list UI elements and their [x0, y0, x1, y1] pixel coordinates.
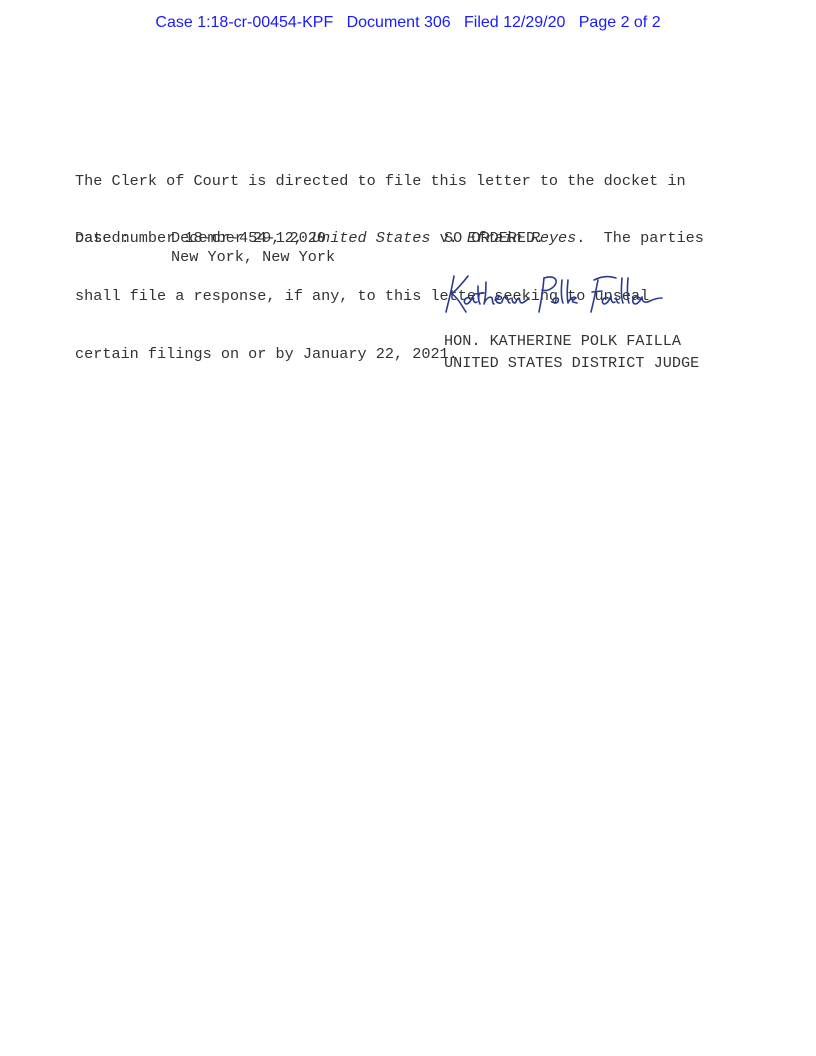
judge-signature: [440, 268, 670, 318]
judge-name: HON. KATHERINE POLK FAILLA: [444, 330, 699, 352]
case-number: Case 1:18-cr-00454-KPF: [155, 14, 333, 31]
page-indicator: Page 2 of 2: [579, 14, 661, 31]
filed-date: Filed 12/29/20: [464, 14, 565, 31]
dated-date: December 29, 2020: [171, 229, 335, 248]
so-ordered: SO ORDERED.: [444, 229, 544, 247]
dated-place: New York, New York: [171, 248, 335, 267]
dated-label: Dated:: [75, 229, 130, 247]
document-number: Document 306: [347, 14, 451, 31]
case-header: Case 1:18-cr-00454-KPF Document 306 File…: [0, 14, 816, 32]
judge-block: HON. KATHERINE POLK FAILLA UNITED STATES…: [444, 330, 699, 374]
paragraph-line: The Clerk of Court is directed to file t…: [75, 172, 755, 191]
judge-title: UNITED STATES DISTRICT JUDGE: [444, 352, 699, 374]
dated-block: December 29, 2020 New York, New York: [171, 229, 335, 268]
